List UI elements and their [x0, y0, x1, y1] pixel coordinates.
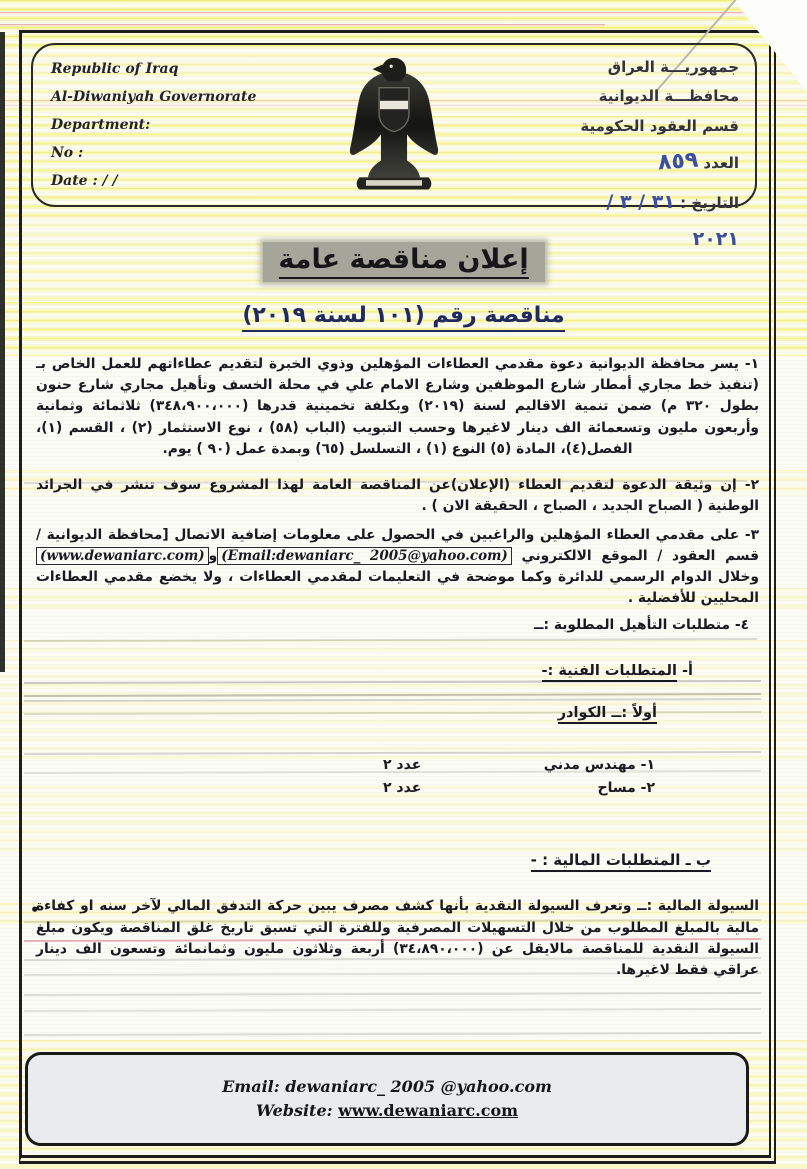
- letterhead-english: Republic of Iraq Al-Diwaniyah Governorat…: [51, 55, 281, 195]
- liquidity-paragraph: السيولة المالية :ــ وتعرف السيولة النقدي…: [36, 896, 759, 981]
- doc-number-value: ٨٥٩: [656, 139, 699, 185]
- country-name-en: Republic of Iraq: [51, 55, 281, 83]
- tender-title-highlight: إعلان مناقصة عامة: [262, 242, 544, 282]
- highlight-streak: [0, 0, 807, 46]
- number-label-en: No :: [51, 139, 281, 167]
- footer-email-label: Email:: [222, 1077, 280, 1096]
- governorate-name-en: Al-Diwaniyah Governorate: [51, 83, 281, 111]
- pink-streak: [0, 12, 807, 17]
- cadre-count: عدد ٢: [383, 754, 421, 776]
- liquidity-paragraph-wrap: • السيولة المالية :ــ وتعرف السيولة النق…: [36, 896, 759, 981]
- tender-body: ١- يسر محافظة الديوانية دعوة مقدمي العطا…: [36, 354, 759, 981]
- bullet-icon: •: [30, 899, 40, 922]
- doc-number-label: العدد: [703, 154, 739, 172]
- doc-number-line: العدد ٨٥٩: [554, 141, 739, 184]
- contact-email-inline: (Email:dewaniarc_ 2005@yahoo.com): [217, 547, 512, 565]
- footer-website-label: Website:: [256, 1101, 333, 1120]
- scan-line: [24, 992, 761, 996]
- cadre-count: عدد ٢: [383, 777, 421, 799]
- technical-heading-text: المتطلبات الفنية :-: [542, 663, 677, 682]
- letterhead-arabic: جمهوريـــة العراق محافظـــة الديوانية قس…: [554, 53, 739, 258]
- governorate-name-ar: محافظـــة الديوانية: [554, 82, 739, 111]
- date-label-en: Date : / /: [51, 167, 281, 195]
- department-label-en: Department:: [51, 111, 281, 139]
- tender-item-3: ٣- على مقدمي العطاء المؤهلين والراغبين ف…: [36, 525, 759, 610]
- pink-streak: [0, 24, 605, 28]
- tender-title: إعلان مناقصة عامة: [278, 244, 528, 279]
- scan-line: [24, 1032, 761, 1036]
- scanned-tender-document: Republic of Iraq Al-Diwaniyah Governorat…: [0, 0, 807, 1169]
- item3-text-end: وخلال الدوام الرسمي للدائرة وكما موضحة ف…: [36, 569, 759, 606]
- contact-website-inline: (www.dewaniarc.com): [36, 547, 209, 565]
- tender-item-2: ٢- إن وثيقة الدعوة لتقديم العطاء (الإعلا…: [36, 475, 759, 517]
- cadres-heading-text: أولاً :ــ الكوادر: [558, 705, 657, 724]
- cadre-row: ١- مهندس مدني عدد ٢: [383, 754, 655, 776]
- tender-item-4: ٤- متطلبات التأهيل المطلوبة :ــ: [36, 615, 759, 636]
- doc-date-line: التاريخ : ٣١ / ٣ / ٢٠٢١: [554, 184, 739, 258]
- department-name-ar: قسم العقود الحكومية: [554, 112, 739, 141]
- footer-website-value: www.dewaniarc.com: [338, 1101, 518, 1120]
- cadre-label: ١- مهندس مدني: [544, 754, 655, 776]
- footer-email-line: Email: dewaniarc_ 2005 @yahoo.com: [222, 1075, 552, 1099]
- country-name-ar: جمهوريـــة العراق: [554, 53, 739, 82]
- tender-number: مناقصة رقم (١٠١ لسنة ٢٠١٩): [242, 303, 564, 332]
- tender-item-1: ١- يسر محافظة الديوانية دعوة مقدمي العطا…: [36, 354, 759, 460]
- financial-heading-text: ب ـ المتطلبات المالية : -: [531, 851, 711, 872]
- cadres-heading: أولاً :ــ الكوادر: [36, 702, 759, 724]
- cadres-list: ١- مهندس مدني عدد ٢ ٢- مساح عدد ٢: [383, 754, 655, 799]
- footer-email-value: dewaniarc_ 2005 @yahoo.com: [285, 1077, 552, 1096]
- letterhead-box: Republic of Iraq Al-Diwaniyah Governorat…: [31, 43, 757, 207]
- iraq-eagle-emblem-icon: [338, 51, 450, 205]
- tender-number-line: مناقصة رقم (١٠١ لسنة ٢٠١٩): [0, 303, 807, 328]
- scan-edge-artifact: [0, 32, 5, 672]
- item3-conjunction: و: [209, 548, 218, 564]
- scan-line: [24, 1008, 761, 1012]
- financial-requirements-heading: ب ـ المتطلبات المالية : -: [36, 849, 759, 872]
- doc-date-label: التاريخ :: [680, 194, 739, 212]
- footer-website-line: Website: www.dewaniarc.com: [256, 1099, 518, 1123]
- footer-contact-box: Email: dewaniarc_ 2005 @yahoo.com Websit…: [25, 1052, 749, 1146]
- technical-heading-prefix: أ-: [682, 663, 693, 679]
- cadre-label: ٢- مساح: [598, 777, 656, 799]
- cadre-row: ٢- مساح عدد ٢: [383, 777, 655, 799]
- technical-requirements-heading: أ- المتطلبات الفنية :-: [36, 660, 759, 682]
